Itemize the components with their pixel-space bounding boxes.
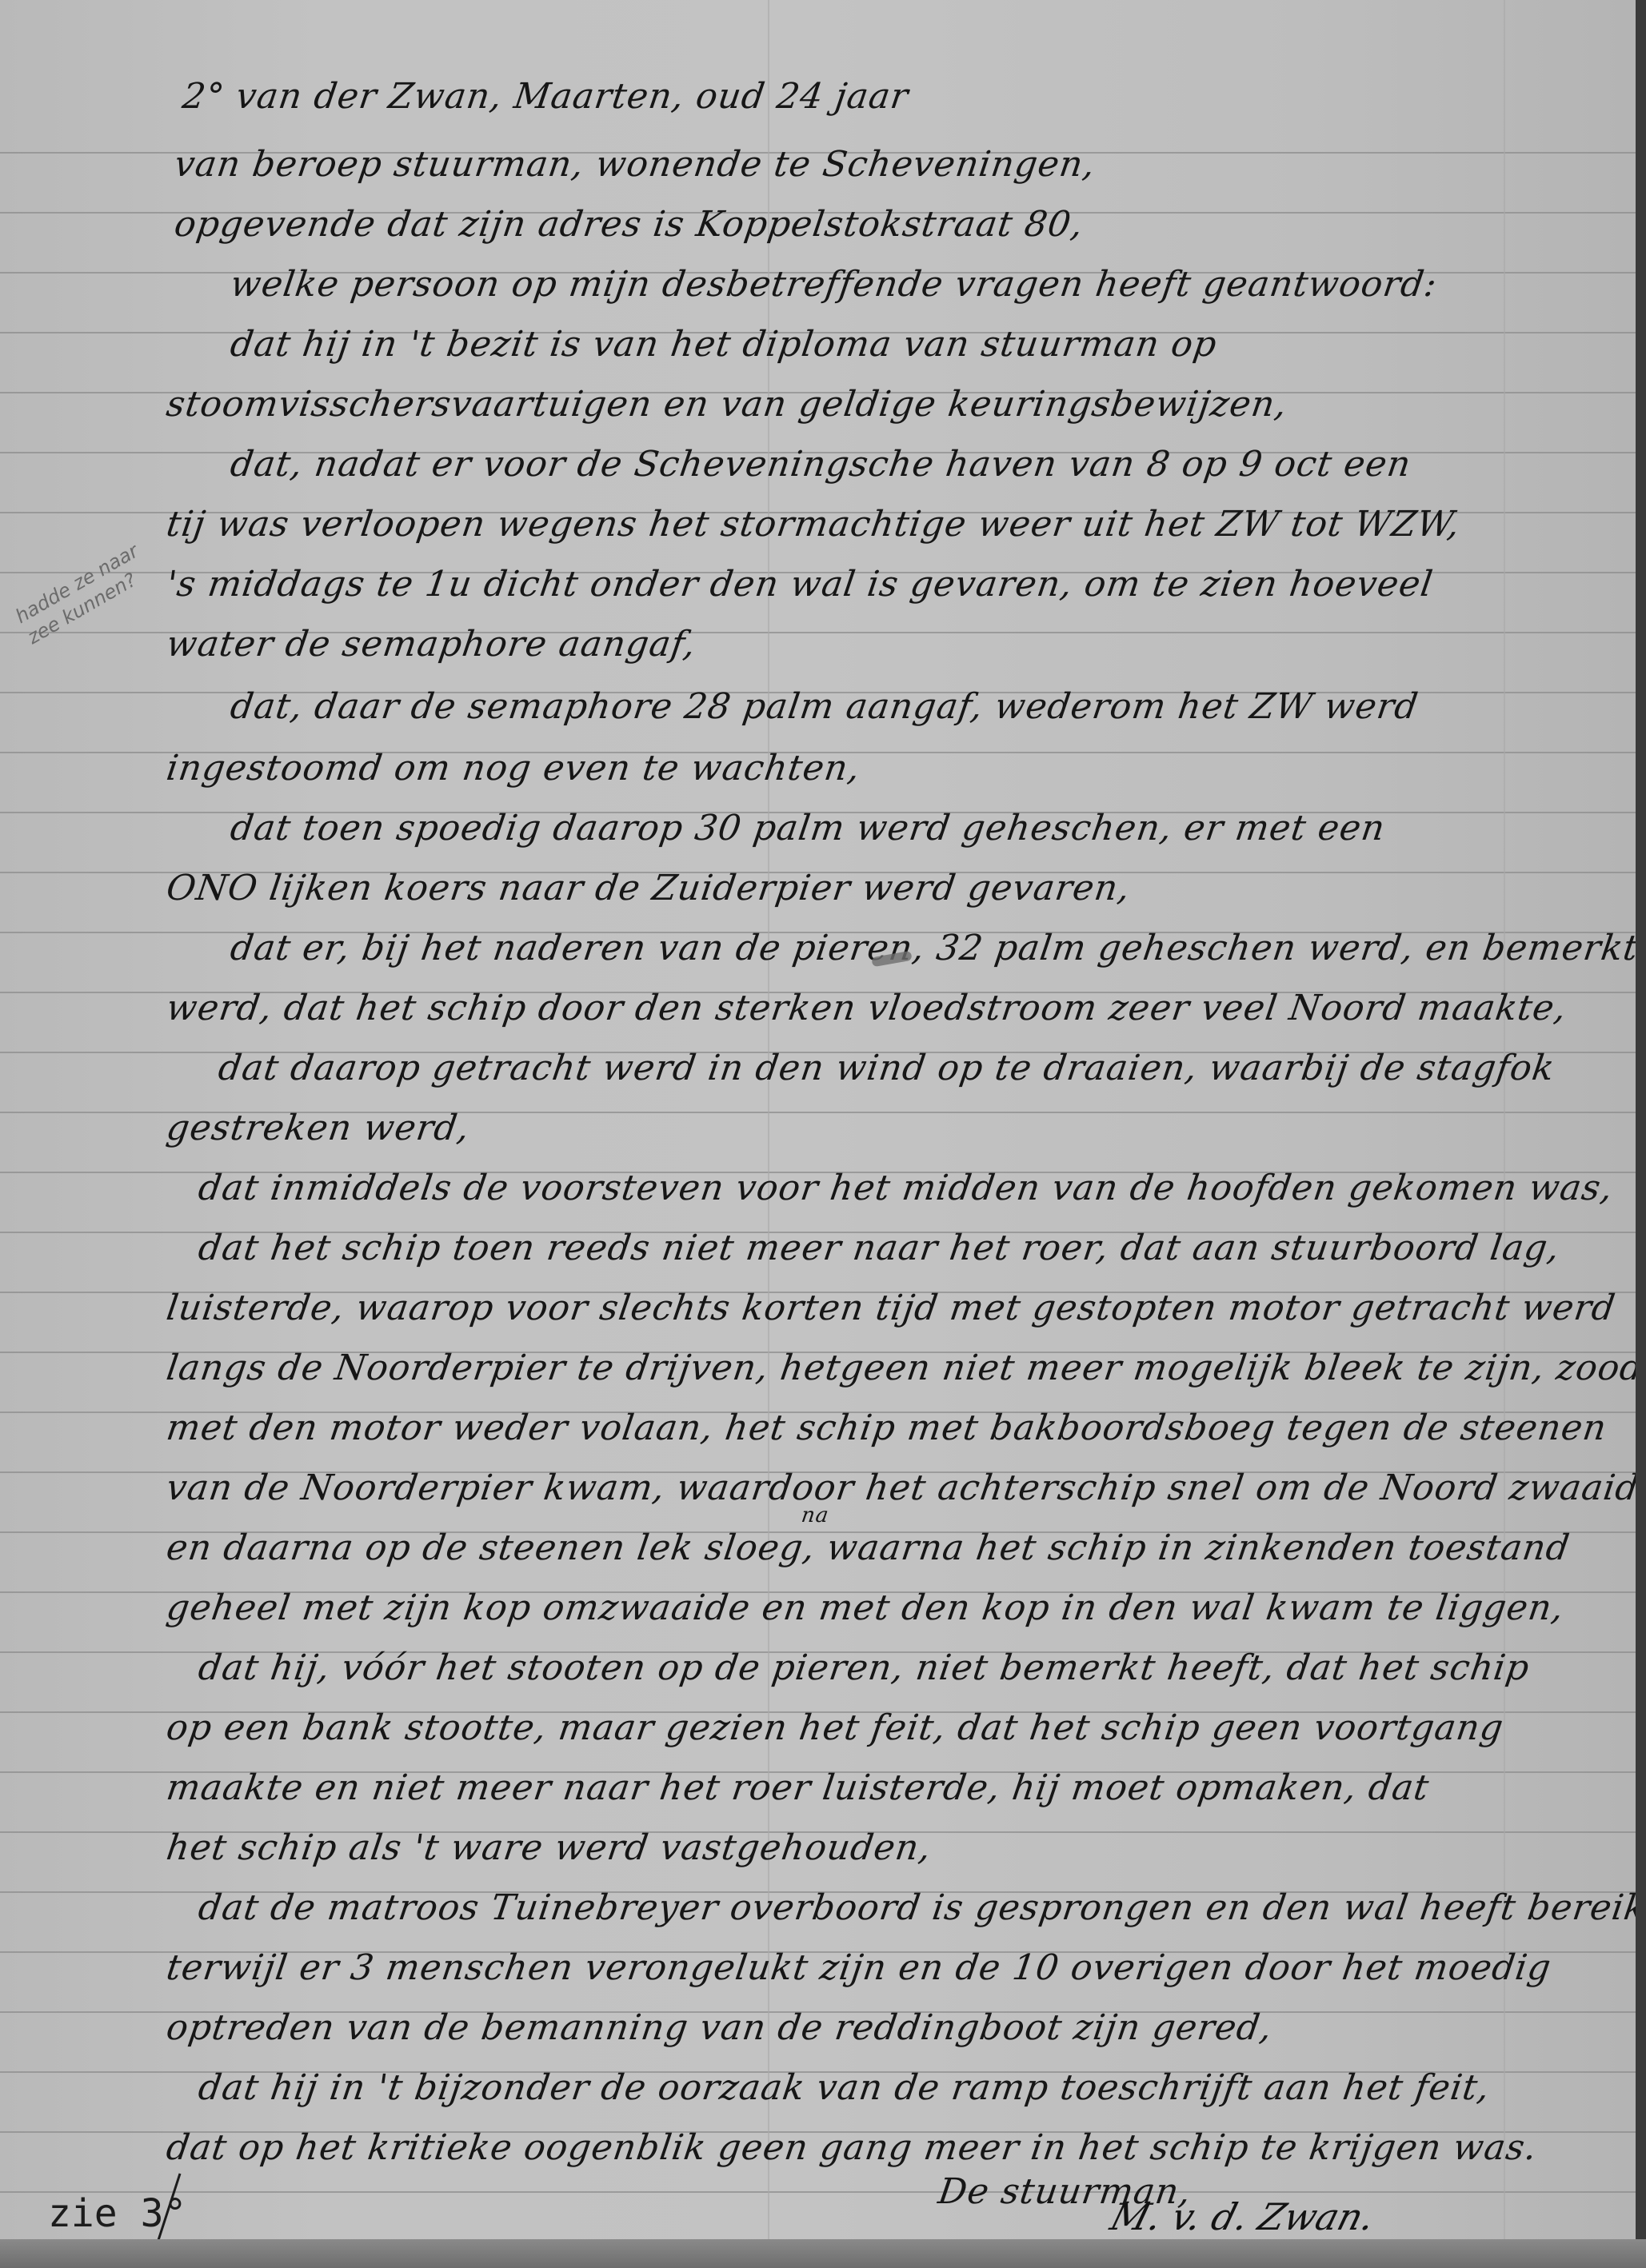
page-edge-right (1636, 0, 1646, 2268)
text-line: dat er, bij het naderen van de pieren, 3… (228, 928, 1636, 968)
text-line: en daarna op de steenen lek sloeg, waarn… (164, 1527, 1572, 1568)
text-line: dat op het kritieke oogenblik geen gang … (164, 2127, 1540, 2168)
text-line: dat hij in 't bezit is van het diploma v… (228, 324, 1220, 365)
text-line: werd, dat het schip door den sterken vlo… (164, 988, 1569, 1028)
text-line: optreden van de bemanning van de redding… (164, 2007, 1275, 2048)
text-line: dat de matroos Tuinebreyer overboord is … (196, 1887, 1636, 1928)
text-line: 2° van der Zwan, Maarten, oud 24 jaar (180, 76, 911, 117)
text-line: welke persoon op mijn desbetreffende vra… (228, 264, 1440, 305)
text-line: ONO lijken koers naar de Zuiderpier werd… (164, 868, 1133, 908)
text-line: op een bank stootte, maar gezien het fei… (164, 1707, 1506, 1748)
page-edge-bottom (0, 2239, 1646, 2268)
interlinear-insertion: na (800, 1503, 830, 1527)
text-line: met den motor weder volaan, het schip me… (164, 1408, 1609, 1448)
text-line: water de semaphore aangaf, (164, 624, 699, 665)
text-line: dat inmiddels de voorsteven voor het mid… (196, 1168, 1616, 1208)
text-line: dat daarop getracht werd in den wind op … (216, 1048, 1557, 1088)
text-line: dat hij in 't bijzonder de oorzaak van d… (196, 2067, 1492, 2108)
text-line: opgevende dat zijn adres is Koppelstokst… (172, 204, 1086, 245)
text-line: van beroep stuurman, wonende te Scheveni… (172, 144, 1098, 185)
text-line: stoomvisschersvaartuigen en van geldige … (164, 384, 1290, 425)
text-line: dat, daar de semaphore 28 palm aangaf, w… (228, 686, 1421, 727)
rule-line (0, 2191, 1636, 2193)
text-line: maakte en niet meer naar het roer luiste… (164, 1767, 1432, 1808)
text-line: ingestoomd om nog even te wachten, (164, 748, 863, 789)
text-line: terwijl er 3 menschen verongelukt zijn e… (164, 1947, 1554, 1988)
text-line: luisterde, waarop voor slechts korten ti… (164, 1288, 1618, 1328)
text-line: gestreken werd, (164, 1108, 473, 1148)
text-line: 's middags te 1u dicht onder den wal is … (164, 564, 1436, 605)
text-line: dat hij, vóór het stooten op de pieren, … (196, 1647, 1532, 1688)
text-line: het schip als 't ware werd vastgehouden, (164, 1827, 934, 1868)
text-line: geheel met zijn kop omzwaaide en met den… (164, 1587, 1567, 1628)
text-line: dat toen spoedig daarop 30 palm werd geh… (228, 808, 1388, 849)
text-line: tij was verloopen wegens het stormachtig… (164, 504, 1463, 545)
text-line: langs de Noorderpier te drijven, hetgeen… (164, 1348, 1636, 1388)
signature: M. v. d. Zwan. (1106, 2195, 1380, 2238)
document-page: 2° van der Zwan, Maarten, oud 24 jaarvan… (0, 0, 1636, 2239)
text-line: dat het schip toen reeds niet meer naar … (196, 1228, 1563, 1268)
text-line: dat, nadat er voor de Scheveningsche hav… (228, 444, 1414, 485)
text-line: van de Noorderpier kwam, waardoor het ac… (164, 1467, 1636, 1508)
